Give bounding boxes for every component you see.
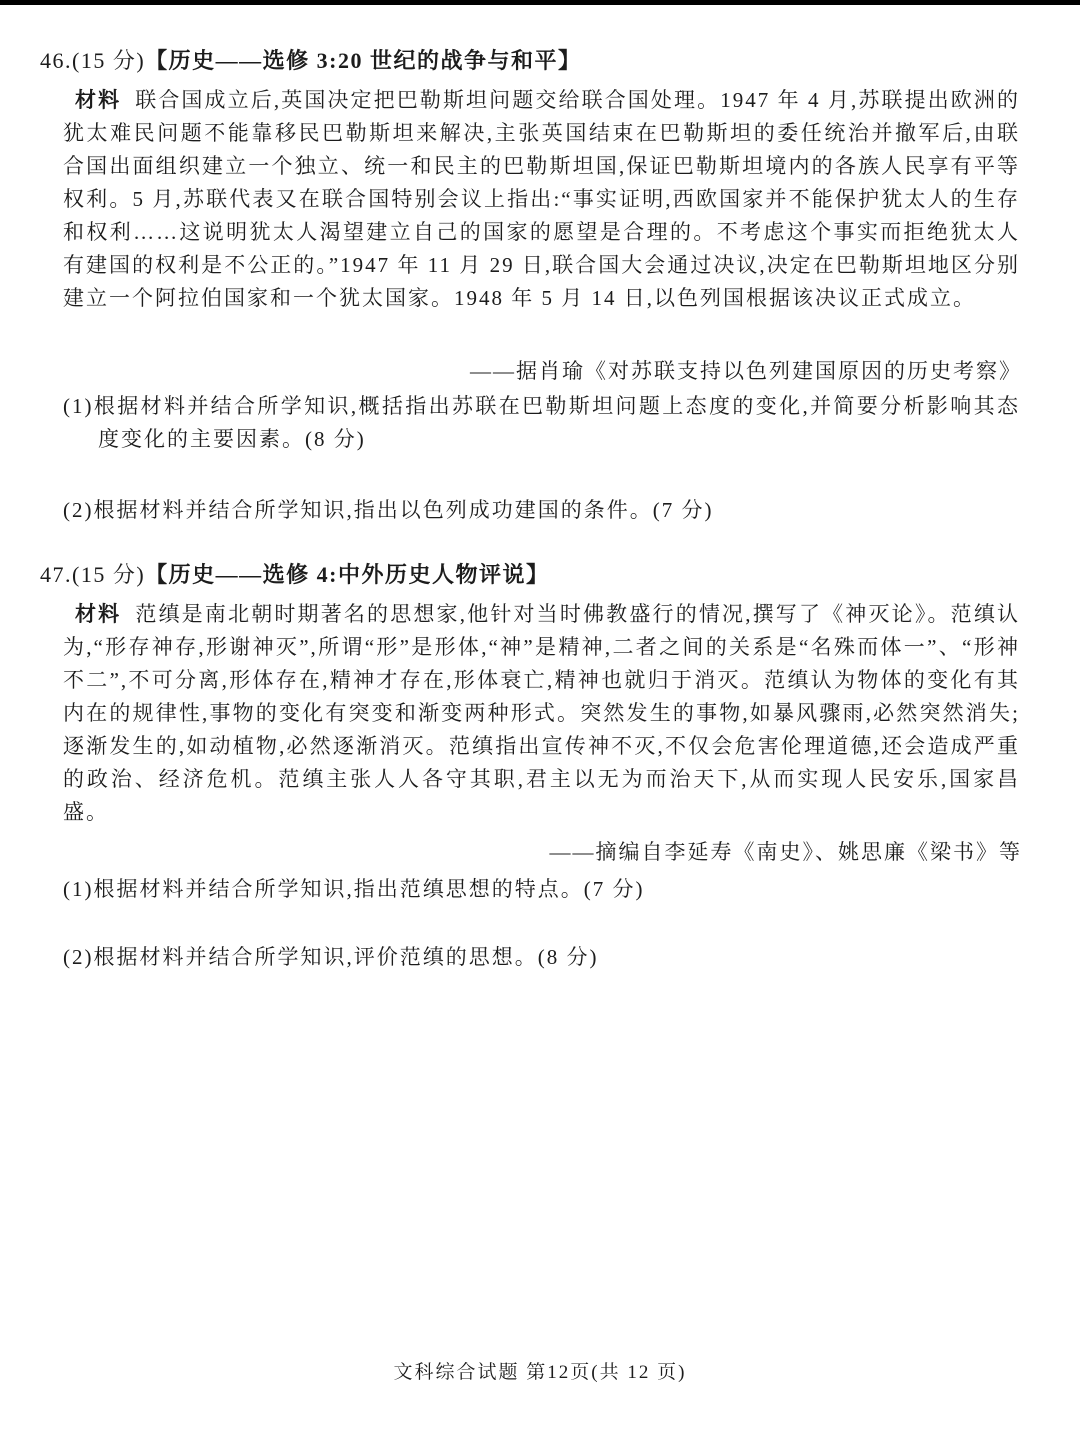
question-47-material: 材料范缜是南北朝时期著名的思想家,他针对当时佛教盛行的情况,撰写了《神灭论》。范…	[63, 598, 1020, 829]
scan-artifact-bar	[0, 0, 1080, 5]
question-47-source: ——摘编自李延寿《南史》、姚思廉《梁书》等	[63, 836, 1022, 869]
question-46-sub-1: (1)根据材料并结合所学知识,概括指出苏联在巴勒斯坦问题上态度的变化,并简要分析…	[63, 390, 1020, 456]
question-47-score: (15 分)	[72, 562, 145, 587]
question-47-sub-2: (2)根据材料并结合所学知识,评价范缜的思想。(8 分)	[63, 941, 1020, 974]
material-text: 范缜是南北朝时期著名的思想家,他针对当时佛教盛行的情况,撰写了《神灭论》。范缜认…	[63, 602, 1020, 824]
question-47-header: 47.(15 分)【历史——选修 4:中外历史人物评说】	[40, 560, 1022, 590]
question-47-sub-1: (1)根据材料并结合所学知识,指出范缜思想的特点。(7 分)	[63, 873, 1020, 906]
question-46-source: ——据肖瑜《对苏联支持以色列建国原因的历史考察》	[63, 355, 1022, 388]
question-46-sub-2: (2)根据材料并结合所学知识,指出以色列成功建国的条件。(7 分)	[63, 494, 1020, 527]
question-46-material: 材料联合国成立后,英国决定把巴勒斯坦问题交给联合国处理。1947 年 4 月,苏…	[63, 84, 1020, 315]
page-footer: 文科综合试题 第12页(共 12 页)	[0, 1360, 1080, 1386]
exam-page: 46.(15 分)【历史——选修 3:20 世纪的战争与和平】 材料联合国成立后…	[0, 0, 1080, 1440]
question-46-title: 【历史——选修 3:20 世纪的战争与和平】	[145, 48, 581, 73]
question-46-number: 46.	[40, 48, 72, 73]
question-46-score: (15 分)	[72, 48, 145, 73]
question-47-title: 【历史——选修 4:中外历史人物评说】	[145, 562, 549, 587]
question-47-number: 47.	[40, 562, 72, 587]
material-text: 联合国成立后,英国决定把巴勒斯坦问题交给联合国处理。1947 年 4 月,苏联提…	[63, 88, 1020, 310]
question-46-header: 46.(15 分)【历史——选修 3:20 世纪的战争与和平】	[40, 46, 1022, 76]
material-label: 材料	[75, 88, 121, 112]
material-label: 材料	[75, 602, 121, 626]
